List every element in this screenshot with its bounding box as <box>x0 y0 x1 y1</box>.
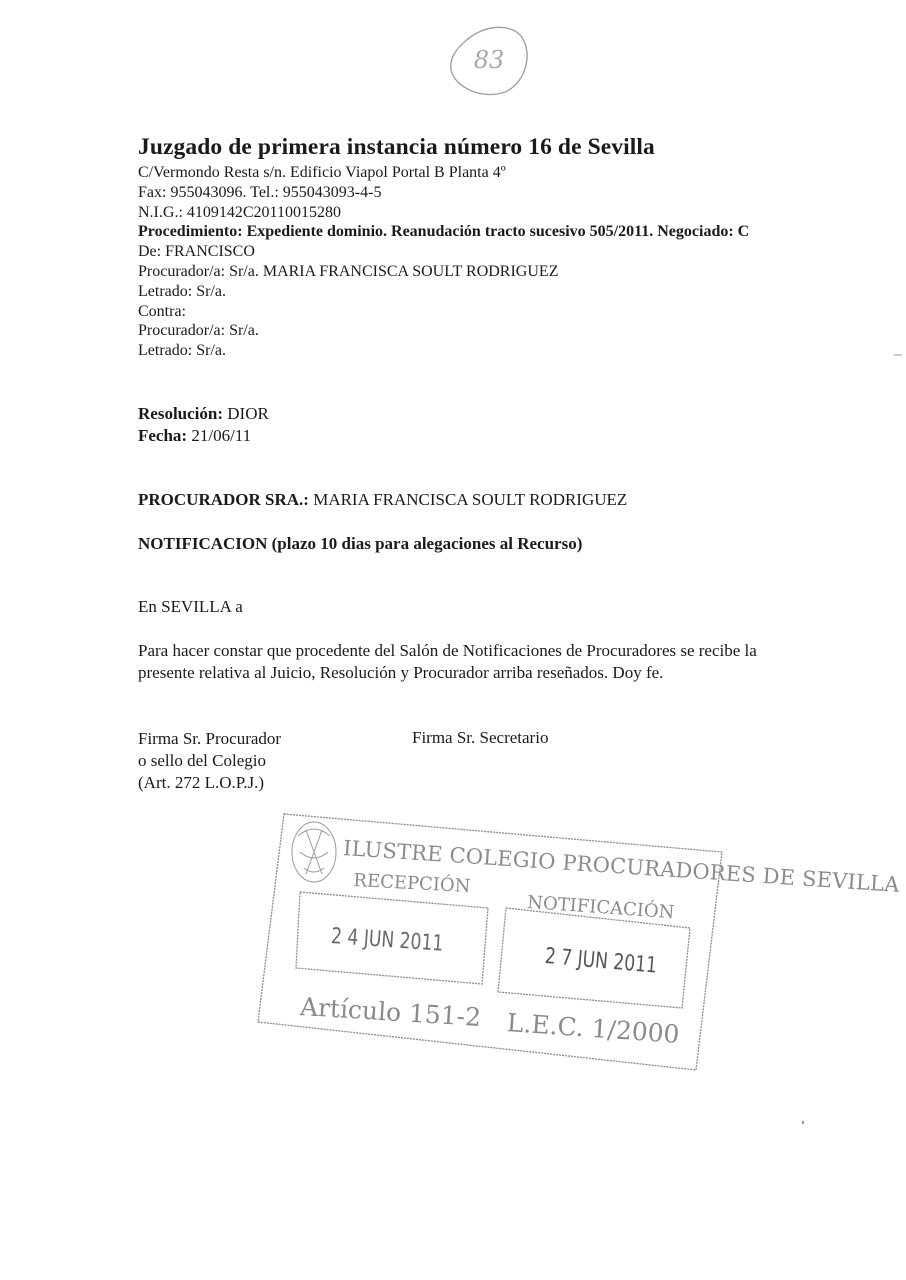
court-address: C/Vermondo Resta s/n. Edificio Viapol Po… <box>138 163 749 183</box>
paragraph-line-1: Para hacer constar que procedente del Sa… <box>138 640 828 662</box>
resolucion-value: DIOR <box>223 404 269 423</box>
demandante: De: FRANCISCO <box>138 242 749 262</box>
nig: N.I.G.: 4109142C20110015280 <box>138 203 749 223</box>
procurador-value: MARIA FRANCISCA SOULT RODRIGUEZ <box>309 490 627 509</box>
procurador-label: PROCURADOR SRA.: <box>138 490 309 509</box>
fecha-label: Fecha: <box>138 426 187 445</box>
svg-text:83: 83 <box>474 46 505 74</box>
firma-secretario: Firma Sr. Secretario <box>412 728 548 748</box>
letrado-demandado: Letrado: Sr/a. <box>138 341 749 361</box>
resolucion-block: Resolución: DIOR Fecha: 21/06/11 <box>138 403 269 447</box>
coat-of-arms-icon <box>292 822 336 882</box>
document-page: 83 Juzgado de primera instancia número 1… <box>0 0 906 1280</box>
firma-left-line-1: Firma Sr. Procurador <box>138 728 281 750</box>
case-header: C/Vermondo Resta s/n. Edificio Viapol Po… <box>138 163 749 361</box>
firma-left-line-2: o sello del Colegio <box>138 750 281 772</box>
court-title: Juzgado de primera instancia número 16 d… <box>138 134 655 161</box>
firma-left-line-3: (Art. 272 L.O.P.J.) <box>138 772 281 794</box>
circled-number-icon: 83 <box>447 18 531 98</box>
place-line: En SEVILLA a <box>138 597 243 617</box>
notificacion-heading: NOTIFICACION (plazo 10 dias para alegaci… <box>138 534 582 554</box>
paragraph-line-2: presente relativa al Juicio, Resolución … <box>138 662 828 684</box>
reception-stamp: ILUSTRE COLEGIO PROCURADORES DE SEVILLA … <box>256 812 726 1072</box>
procurador-demandado: Procurador/a: Sr/a. <box>138 321 749 341</box>
procurador-demandante: Procurador/a: Sr/a. MARIA FRANCISCA SOUL… <box>138 262 749 282</box>
letrado-demandante: Letrado: Sr/a. <box>138 282 749 302</box>
handwritten-folio-number: 83 <box>447 18 531 98</box>
resolucion-label: Resolución: <box>138 404 223 423</box>
resolucion: Resolución: DIOR <box>138 403 269 425</box>
scan-speck <box>894 354 902 356</box>
scan-speck <box>802 1121 804 1124</box>
court-contact: Fax: 955043096. Tel.: 955043093-4-5 <box>138 183 749 203</box>
procedimiento-label: Procedimiento: <box>138 223 247 240</box>
fecha: Fecha: 21/06/11 <box>138 425 269 447</box>
contra-label: Contra: <box>138 302 749 322</box>
procurador-line: PROCURADOR SRA.: MARIA FRANCISCA SOULT R… <box>138 490 627 510</box>
certification-paragraph: Para hacer constar que procedente del Sa… <box>138 640 828 684</box>
fecha-value: 21/06/11 <box>187 426 251 445</box>
firma-procurador: Firma Sr. Procurador o sello del Colegio… <box>138 728 281 794</box>
procedimiento: Procedimiento: Expediente dominio. Reanu… <box>138 222 749 242</box>
procedimiento-value: Expediente dominio. Reanudación tracto s… <box>247 223 750 240</box>
